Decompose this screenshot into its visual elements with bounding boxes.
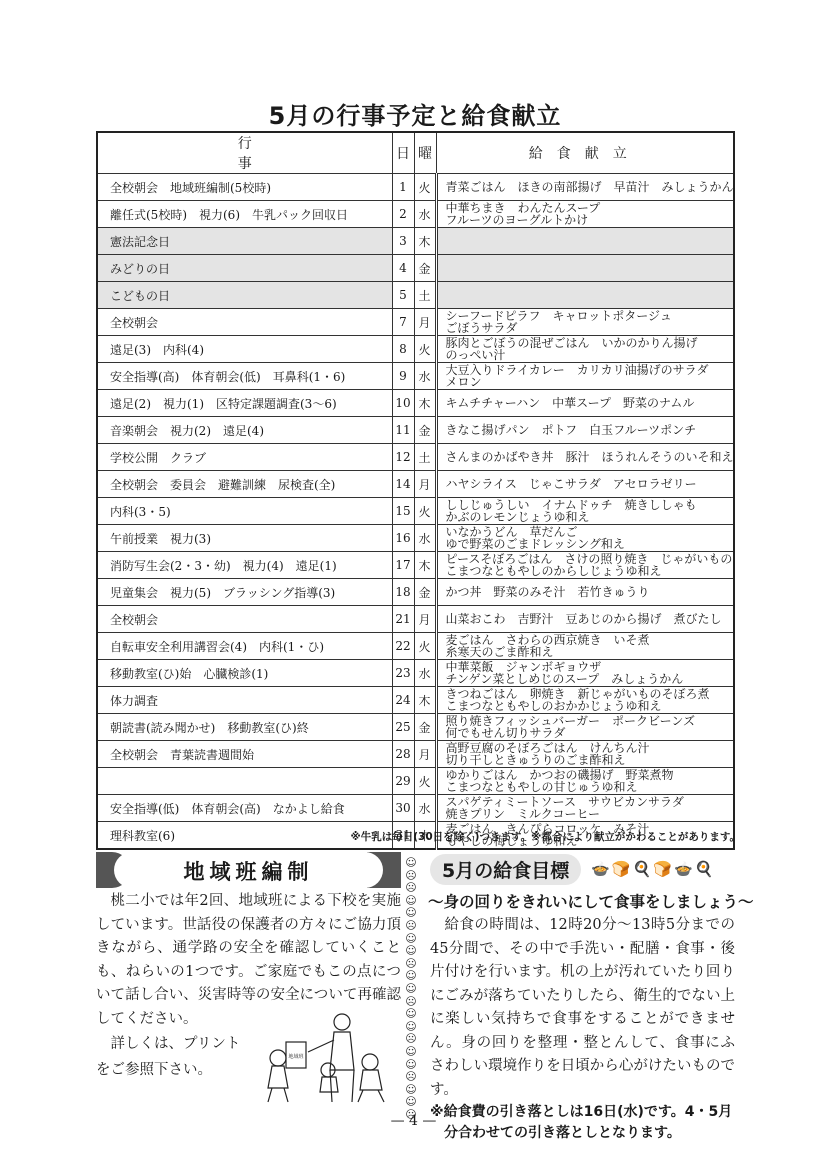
- menu-cell: 大豆入りドライカレー カリカリ油揚げのサラダメロン: [436, 363, 734, 390]
- weekday-cell: 金: [414, 579, 436, 606]
- weekday-cell: 月: [414, 606, 436, 633]
- day-cell: 4: [392, 255, 414, 282]
- menu-cell: きなこ揚げパン ポトフ 白玉フルーツポンチ: [436, 417, 734, 444]
- table-row: 移動教室(ひ)始 心臓検診(1)23水中華菜飯 ジャンボギョウザチンゲン菜としめ…: [97, 660, 734, 687]
- menu-cell: きつねごはん 卵焼き 新じゃがいものそぼろ煮こまつなともやしのおかかじょうゆ和え: [436, 687, 734, 714]
- event-cell: 遠足(2) 視力(1) 区特定課題調査(3～6): [97, 390, 392, 417]
- table-row: 全校朝会 地域班編制(5校時)1火青菜ごはん ほきの南部揚げ 早苗汁 みしょうか…: [97, 174, 734, 201]
- menu-cell: シーフードピラフ キャロットポタージュごぼうサラダ: [436, 309, 734, 336]
- menu-cell: ハヤシライス じゃこサラダ アセロラゼリー: [436, 471, 734, 498]
- weekday-cell: 木: [414, 687, 436, 714]
- menu-cell: [436, 255, 734, 282]
- event-cell: [97, 768, 392, 795]
- menu-line: かぶのレモンじょうゆ和え: [446, 511, 734, 523]
- day-cell: 5: [392, 282, 414, 309]
- weekday-cell: 金: [414, 417, 436, 444]
- day-cell: 1: [392, 174, 414, 201]
- event-cell: 遠足(3) 内科(4): [97, 336, 392, 363]
- event-cell: 全校朝会 地域班編制(5校時): [97, 174, 392, 201]
- menu-line: 大豆入りドライカレー カリカリ油揚げのサラダ: [446, 364, 734, 376]
- event-cell: 安全指導(低) 体育朝会(高) なかよし給食: [97, 795, 392, 822]
- weekday-cell: 火: [414, 498, 436, 525]
- weekday-cell: 土: [414, 282, 436, 309]
- day-cell: 9: [392, 363, 414, 390]
- weekday-cell: 水: [414, 660, 436, 687]
- menu-cell: スパゲティミートソース サウビカンサラダ焼きプリン ミルクコーヒー: [436, 795, 734, 822]
- day-cell: 21: [392, 606, 414, 633]
- menu-cell: [436, 228, 734, 255]
- menu-line: ハヤシライス じゃこサラダ アセロラゼリー: [446, 478, 734, 490]
- event-cell: 全校朝会 委員会 避難訓練 尿検査(全): [97, 471, 392, 498]
- menu-line: キムチチャーハン 中華スープ 野菜のナムル: [446, 397, 734, 409]
- table-row: 全校朝会 委員会 避難訓練 尿検査(全)14月ハヤシライス じゃこサラダ アセロ…: [97, 471, 734, 498]
- menu-cell: 山菜おこわ 吉野汁 豆あじのから揚げ 煮びたし: [436, 606, 734, 633]
- event-cell: 学校公開 クラブ: [97, 444, 392, 471]
- table-row: 離任式(5校時) 視力(6) 牛乳パック回収日2水中華ちまき わんたんスープフル…: [97, 201, 734, 228]
- day-cell: 3: [392, 228, 414, 255]
- day-cell: 30: [392, 795, 414, 822]
- day-cell: 24: [392, 687, 414, 714]
- event-cell: 午前授業 視力(3): [97, 525, 392, 552]
- menu-cell: かつ丼 野菜のみそ汁 若竹きゅうり: [436, 579, 734, 606]
- day-cell: 25: [392, 714, 414, 741]
- header-events: 行事: [97, 132, 392, 174]
- table-row: 児童集会 視力(5) ブラッシング指導(3)18金かつ丼 野菜のみそ汁 若竹きゅ…: [97, 579, 734, 606]
- menu-line: ごぼうサラダ: [446, 322, 734, 334]
- table-row: 自転車安全利用講習会(4) 内科(1・ひ)22火麦ごはん さわらの西京焼き いそ…: [97, 633, 734, 660]
- weekday-cell: 木: [414, 552, 436, 579]
- event-cell: 全校朝会: [97, 606, 392, 633]
- event-cell: 移動教室(ひ)始 心臓検診(1): [97, 660, 392, 687]
- weekday-cell: 木: [414, 228, 436, 255]
- table-row: 朝読書(読み聞かせ) 移動教室(ひ)終25金照り焼きフィッシュバーガー ポークビ…: [97, 714, 734, 741]
- event-cell: 朝読書(読み聞かせ) 移動教室(ひ)終: [97, 714, 392, 741]
- day-cell: 7: [392, 309, 414, 336]
- lunch-goal-slogan: ～身の回りをきれいにして食事をしましょう～: [428, 890, 735, 912]
- event-cell: 内科(3・5): [97, 498, 392, 525]
- smiley-divider: ☺☹☹☺☺☹☺☺☹☺☺☹☺☺☹☺☺☹☺☺☹: [404, 857, 418, 1121]
- table-header-row: 行事 日 曜 給食献立: [97, 132, 734, 174]
- menu-line: 切り干しときゅうりのごま酢和え: [446, 754, 734, 766]
- table-row: 遠足(3) 内科(4)8火豚肉とごぼうの混ぜごはん いかのかりん揚げのっぺい汁: [97, 336, 734, 363]
- weekday-cell: 金: [414, 714, 436, 741]
- day-cell: 23: [392, 660, 414, 687]
- day-cell: 29: [392, 768, 414, 795]
- menu-cell: 照り焼きフィッシュバーガー ポークビーンズ何でもせん切りサラダ: [436, 714, 734, 741]
- day-cell: 12: [392, 444, 414, 471]
- menu-cell: いなかうどん 草だんごゆで野菜のごまドレッシング和え: [436, 525, 734, 552]
- menu-line: 何でもせん切りサラダ: [446, 727, 734, 739]
- menu-line: 山菜おこわ 吉野汁 豆あじのから揚げ 煮びたし: [446, 613, 734, 625]
- menu-line: 焼きプリン ミルクコーヒー: [446, 808, 734, 820]
- menu-line: こまつなともやしのからしじょうゆ和え: [446, 565, 734, 577]
- weekday-cell: 火: [414, 336, 436, 363]
- smiley-icon: ☹: [404, 1071, 418, 1084]
- menu-cell: 豚肉とごぼうの混ぜごはん いかのかりん揚げのっぺい汁: [436, 336, 734, 363]
- table-row: 全校朝会21月山菜おこわ 吉野汁 豆あじのから揚げ 煮びたし: [97, 606, 734, 633]
- smiley-icon: ☺: [404, 1096, 418, 1109]
- page-number: — 4 —: [0, 1113, 827, 1129]
- day-cell: 28: [392, 741, 414, 768]
- table-row: 安全指導(低) 体育朝会(高) なかよし給食30水スパゲティミートソース サウビ…: [97, 795, 734, 822]
- day-cell: 17: [392, 552, 414, 579]
- menu-cell: [436, 282, 734, 309]
- event-cell: 全校朝会: [97, 309, 392, 336]
- weekday-cell: 土: [414, 444, 436, 471]
- lunch-goal-header: 5月の給食目標 🍲🍞🍳🍞🍲🍳: [430, 852, 735, 886]
- menu-line: チンゲン菜としめじのスープ みしょうかん: [446, 673, 734, 685]
- page-title: 5月の行事予定と給食献立: [96, 96, 734, 131]
- weekday-cell: 水: [414, 795, 436, 822]
- event-cell: 憲法記念日: [97, 228, 392, 255]
- food-icons: 🍲🍞🍳🍞🍲🍳: [591, 860, 715, 878]
- table-row: 憲法記念日3木: [97, 228, 734, 255]
- menu-cell: ししじゅうしい イナムドゥチ 焼きししゃもかぶのレモンじょうゆ和え: [436, 498, 734, 525]
- weekday-cell: 火: [414, 633, 436, 660]
- menu-line: ゆで野菜のごまドレッシング和え: [446, 538, 734, 550]
- table-row: 遠足(2) 視力(1) 区特定課題調査(3～6)10木キムチチャーハン 中華スー…: [97, 390, 734, 417]
- table-body: 全校朝会 地域班編制(5校時)1火青菜ごはん ほきの南部揚げ 早苗汁 みしょうか…: [97, 174, 734, 850]
- table-row: 全校朝会7月シーフードピラフ キャロットポタージュごぼうサラダ: [97, 309, 734, 336]
- smiley-icon: ☺: [404, 857, 418, 870]
- menu-cell: ゆかりごはん かつおの磯揚げ 野菜煮物こまつなともやしの甘じゅうゆ和え: [436, 768, 734, 795]
- event-cell: 全校朝会 青葉読書週間始: [97, 741, 392, 768]
- menu-line: きなこ揚げパン ポトフ 白玉フルーツポンチ: [446, 424, 734, 436]
- weekday-cell: 月: [414, 741, 436, 768]
- table-row: 音楽朝会 視力(2) 遠足(4)11金きなこ揚げパン ポトフ 白玉フルーツポンチ: [97, 417, 734, 444]
- event-cell: 安全指導(高) 体育朝会(低) 耳鼻科(1・6): [97, 363, 392, 390]
- event-cell: みどりの日: [97, 255, 392, 282]
- table-row: 午前授業 視力(3)16水いなかうどん 草だんごゆで野菜のごまドレッシング和え: [97, 525, 734, 552]
- day-cell: 16: [392, 525, 414, 552]
- weekday-cell: 月: [414, 309, 436, 336]
- illustration-sign-text: 地域班: [288, 1053, 303, 1060]
- weekday-cell: 火: [414, 768, 436, 795]
- smiley-icon: ☺: [404, 945, 418, 958]
- table-row: 消防写生会(2・3・幼) 視力(4) 遠足(1)17木ピースそぼろごはん さけの…: [97, 552, 734, 579]
- smiley-icon: ☺: [404, 1008, 418, 1021]
- weekday-cell: 火: [414, 174, 436, 201]
- weekday-cell: 水: [414, 201, 436, 228]
- table-row: 29火ゆかりごはん かつおの磯揚げ 野菜煮物こまつなともやしの甘じゅうゆ和え: [97, 768, 734, 795]
- header-menu: 給食献立: [436, 132, 734, 174]
- day-cell: 18: [392, 579, 414, 606]
- weekday-cell: 水: [414, 363, 436, 390]
- weekday-cell: 金: [414, 255, 436, 282]
- schedule-menu-table: 行事 日 曜 給食献立 全校朝会 地域班編制(5校時)1火青菜ごはん ほきの南部…: [96, 131, 735, 850]
- menu-line: こまつなともやしの甘じゅうゆ和え: [446, 781, 734, 793]
- event-cell: 離任式(5校時) 視力(6) 牛乳パック回収日: [97, 201, 392, 228]
- day-cell: 14: [392, 471, 414, 498]
- menu-line: メロン: [446, 376, 734, 388]
- weekday-cell: 水: [414, 525, 436, 552]
- table-row: 学校公開 クラブ12土さんまのかばやき丼 豚汁 ほうれんそうのいそ和え: [97, 444, 734, 471]
- menu-cell: ピースそぼろごはん さけの照り焼き じゃがいものきんぴらこまつなともやしのからし…: [436, 552, 734, 579]
- menu-cell: キムチチャーハン 中華スープ 野菜のナムル: [436, 390, 734, 417]
- day-cell: 10: [392, 390, 414, 417]
- banner-right-cap: [367, 852, 401, 888]
- district-group-heading: 地域班編制: [96, 856, 401, 886]
- event-cell: 自転車安全利用講習会(4) 内科(1・ひ): [97, 633, 392, 660]
- event-cell: 消防写生会(2・3・幼) 視力(4) 遠足(1): [97, 552, 392, 579]
- walking-children-illustration: 地域班: [250, 1010, 400, 1105]
- event-cell: こどもの日: [97, 282, 392, 309]
- day-cell: 15: [392, 498, 414, 525]
- menu-cell: 青菜ごはん ほきの南部揚げ 早苗汁 みしょうかん: [436, 174, 734, 201]
- table-row: 体力調査24木きつねごはん 卵焼き 新じゃがいものそぼろ煮こまつなともやしのおか…: [97, 687, 734, 714]
- menu-cell: 麦ごはん さわらの西京焼き いそ煮糸寒天のごま酢和え: [436, 633, 734, 660]
- menu-cell: 中華菜飯 ジャンボギョウザチンゲン菜としめじのスープ みしょうかん: [436, 660, 734, 687]
- day-cell: 2: [392, 201, 414, 228]
- menu-cell: さんまのかばやき丼 豚汁 ほうれんそうのいそ和え: [436, 444, 734, 471]
- smiley-icon: ☺: [404, 983, 418, 996]
- smiley-icon: ☹: [404, 882, 418, 895]
- district-group-banner: 地域班編制: [96, 852, 401, 888]
- header-weekday: 曜: [414, 132, 436, 174]
- lunch-goal-paragraph: 給食の時間は、12時20分～13時5分までの45分間で、その中で手洗い・配膳・食…: [430, 914, 735, 1102]
- menu-cell: 中華ちまき わんたんスープフルーツのヨーグルトかけ: [436, 201, 734, 228]
- menu-line: 青菜ごはん ほきの南部揚げ 早苗汁 みしょうかん: [446, 181, 734, 193]
- event-cell: 体力調査: [97, 687, 392, 714]
- day-cell: 11: [392, 417, 414, 444]
- menu-line: 糸寒天のごま酢和え: [446, 646, 734, 658]
- table-row: 安全指導(高) 体育朝会(低) 耳鼻科(1・6)9水大豆入りドライカレー カリカ…: [97, 363, 734, 390]
- table-row: こどもの日5土: [97, 282, 734, 309]
- menu-line: のっぺい汁: [446, 349, 734, 361]
- weekday-cell: 月: [414, 471, 436, 498]
- weekday-cell: 木: [414, 390, 436, 417]
- smiley-icon: ☹: [404, 920, 418, 933]
- menu-line: フルーツのヨーグルトかけ: [446, 214, 734, 226]
- day-cell: 8: [392, 336, 414, 363]
- table-row: みどりの日4金: [97, 255, 734, 282]
- lunch-goal-heading: 5月の給食目標: [430, 854, 581, 885]
- header-day: 日: [392, 132, 414, 174]
- menu-cell: 高野豆腐のそぼろごはん けんちん汁切り干しときゅうりのごま酢和え: [436, 741, 734, 768]
- lunch-goal-article: 5月の給食目標 🍲🍞🍳🍞🍲🍳 ～身の回りをきれいにして食事をしましょう～ 給食の…: [430, 852, 735, 1144]
- table-row: 全校朝会 青葉読書週間始28月高野豆腐のそぼろごはん けんちん汁切り干しときゅう…: [97, 741, 734, 768]
- day-cell: 22: [392, 633, 414, 660]
- menu-line: かつ丼 野菜のみそ汁 若竹きゅうり: [446, 586, 734, 598]
- table-row: 内科(3・5)15火ししじゅうしい イナムドゥチ 焼きししゃもかぶのレモンじょう…: [97, 498, 734, 525]
- event-cell: 音楽朝会 視力(2) 遠足(4): [97, 417, 392, 444]
- event-cell: 児童集会 視力(5) ブラッシング指導(3): [97, 579, 392, 606]
- menu-line: こまつなともやしのおかかじょうゆ和え: [446, 700, 734, 712]
- menu-line: さんまのかばやき丼 豚汁 ほうれんそうのいそ和え: [446, 451, 734, 463]
- milk-note: ※牛乳は毎日(30日を除く)つきます。※都合により献立がかわることがあります。: [270, 829, 740, 844]
- smiley-icon: ☺: [404, 1046, 418, 1059]
